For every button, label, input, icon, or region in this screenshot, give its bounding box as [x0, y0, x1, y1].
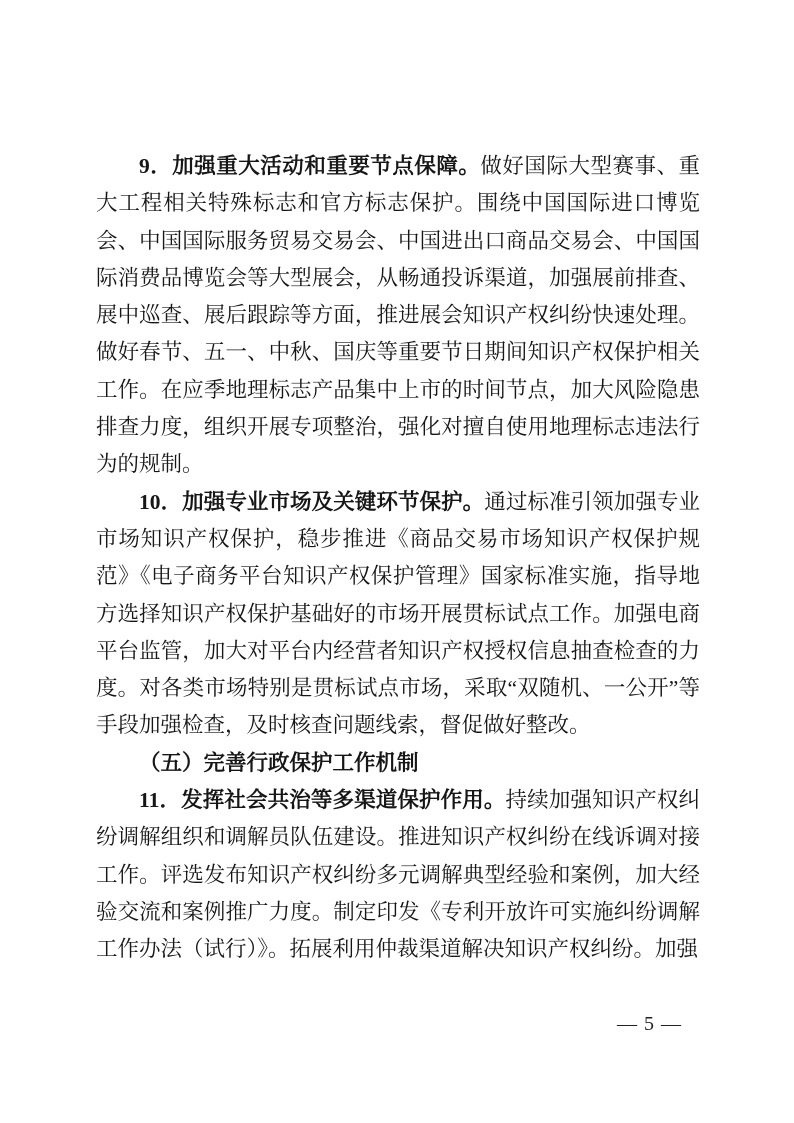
document-page: 9．加强重大活动和重要节点保障。做好国际大型赛事、重大工程相关特殊标志和官方标志… [0, 0, 794, 1123]
paragraph-11-body: 持续加强知识产权纠纷调解组织和调解员队伍建设。推进知识产权纠纷在线诉调对接工作。… [96, 788, 700, 961]
document-text-block: 9．加强重大活动和重要节点保障。做好国际大型赛事、重大工程相关特殊标志和官方标志… [96, 148, 700, 969]
paragraph-9-body: 做好国际大型赛事、重大工程相关特殊标志和官方标志保护。围绕中国国际进口博览会、中… [96, 154, 700, 476]
paragraph-9-lead: 9．加强重大活动和重要节点保障。 [139, 154, 480, 178]
paragraph-11-lead: 11．发挥社会共治等多渠道保护作用。 [139, 788, 505, 812]
paragraph-10-body: 通过标准引领加强专业市场知识产权保护，稳步推进《商品交易市场知识产权保护规范》《… [96, 490, 700, 738]
paragraph-item-10: 10．加强专业市场及关键环节保护。通过标准引领加强专业市场知识产权保护，稳步推进… [96, 484, 700, 745]
section-heading-five: （五）完善行政保护工作机制 [96, 745, 700, 782]
page-number: — 5 — [617, 1012, 682, 1036]
paragraph-item-11: 11．发挥社会共治等多渠道保护作用。持续加强知识产权纠纷调解组织和调解员队伍建设… [96, 782, 700, 968]
paragraph-item-9: 9．加强重大活动和重要节点保障。做好国际大型赛事、重大工程相关特殊标志和官方标志… [96, 148, 700, 484]
paragraph-10-lead: 10．加强专业市场及关键环节保护。 [139, 490, 484, 514]
